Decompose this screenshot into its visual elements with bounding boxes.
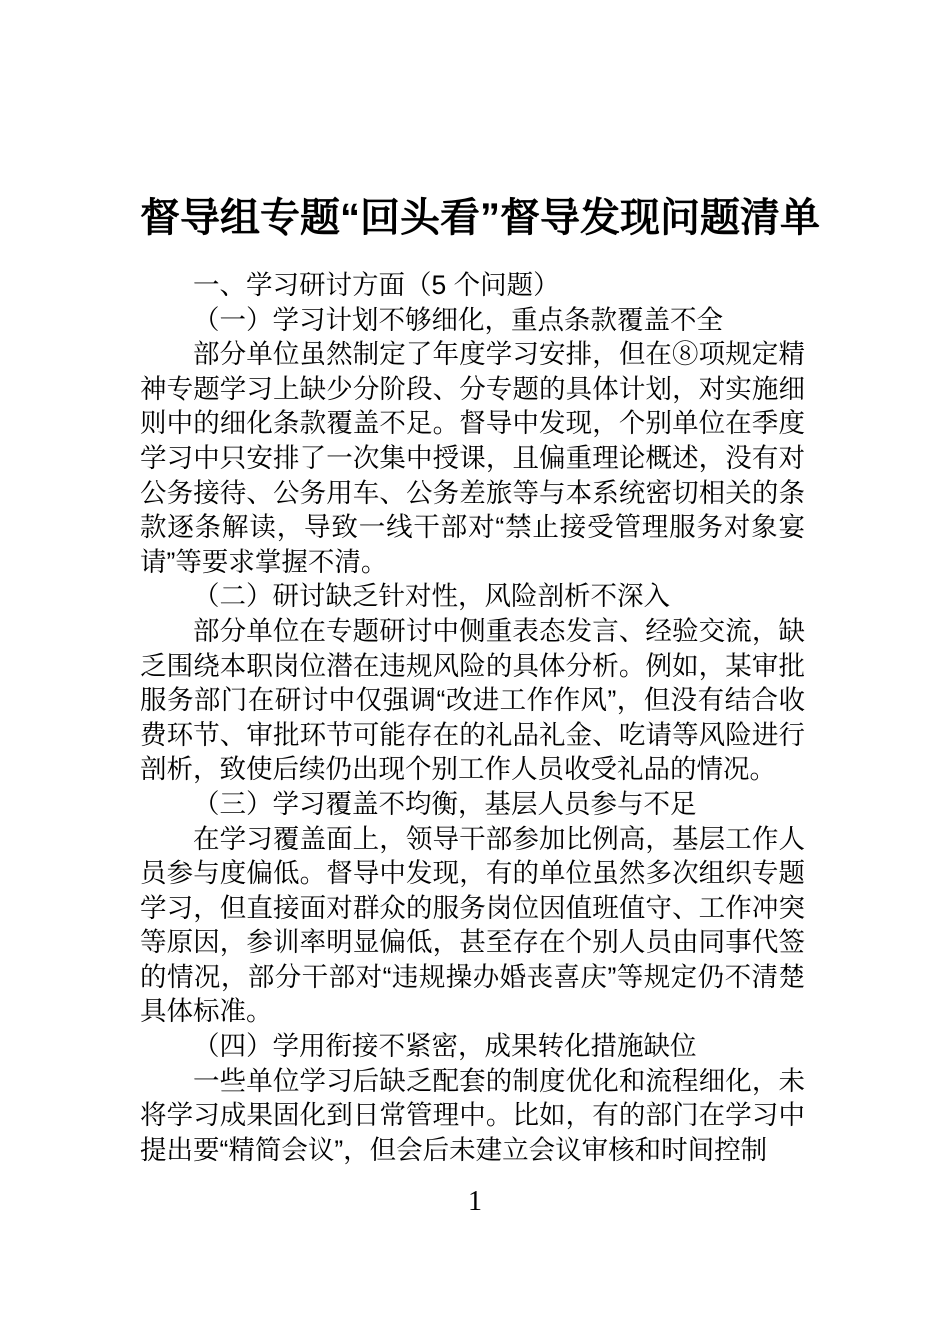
sub-heading: （二）研讨缺乏针对性，风险剖析不深入 <box>140 579 805 614</box>
paragraph: 在学习覆盖面上，领导干部参加比例高，基层工作人员参与度偏低。督导中发现，有的单位… <box>140 822 805 1030</box>
paragraph: 部分单位虽然制定了年度学习安排，但在⑧项规定精神专题学习上缺少分阶段、分专题的具… <box>140 337 805 579</box>
sub-heading: （一）学习计划不够细化，重点条款覆盖不全 <box>140 303 805 338</box>
paragraph: 一些单位学习后缺乏配套的制度优化和流程细化，未将学习成果固化到日常管理中。比如，… <box>140 1064 805 1168</box>
sub-heading: （三）学习覆盖不均衡，基层人员参与不足 <box>140 787 805 822</box>
section-heading: 一、学习研讨方面（5 个问题） <box>140 268 805 303</box>
document-title: 督导组专题“回头看”督导发现问题清单 <box>140 195 805 241</box>
sub-heading: （四）学用衔接不紧密，成果转化措施缺位 <box>140 1029 805 1064</box>
paragraph: 部分单位在专题研讨中侧重表态发言、经验交流，缺乏围绕本职岗位潜在违规风险的具体分… <box>140 614 805 787</box>
document-page: 督导组专题“回头看”督导发现问题清单 一、学习研讨方面（5 个问题） （一）学习… <box>0 0 950 1344</box>
document-body: 一、学习研讨方面（5 个问题） （一）学习计划不够细化，重点条款覆盖不全 部分单… <box>140 268 805 1167</box>
page-number: 1 <box>0 1186 950 1218</box>
